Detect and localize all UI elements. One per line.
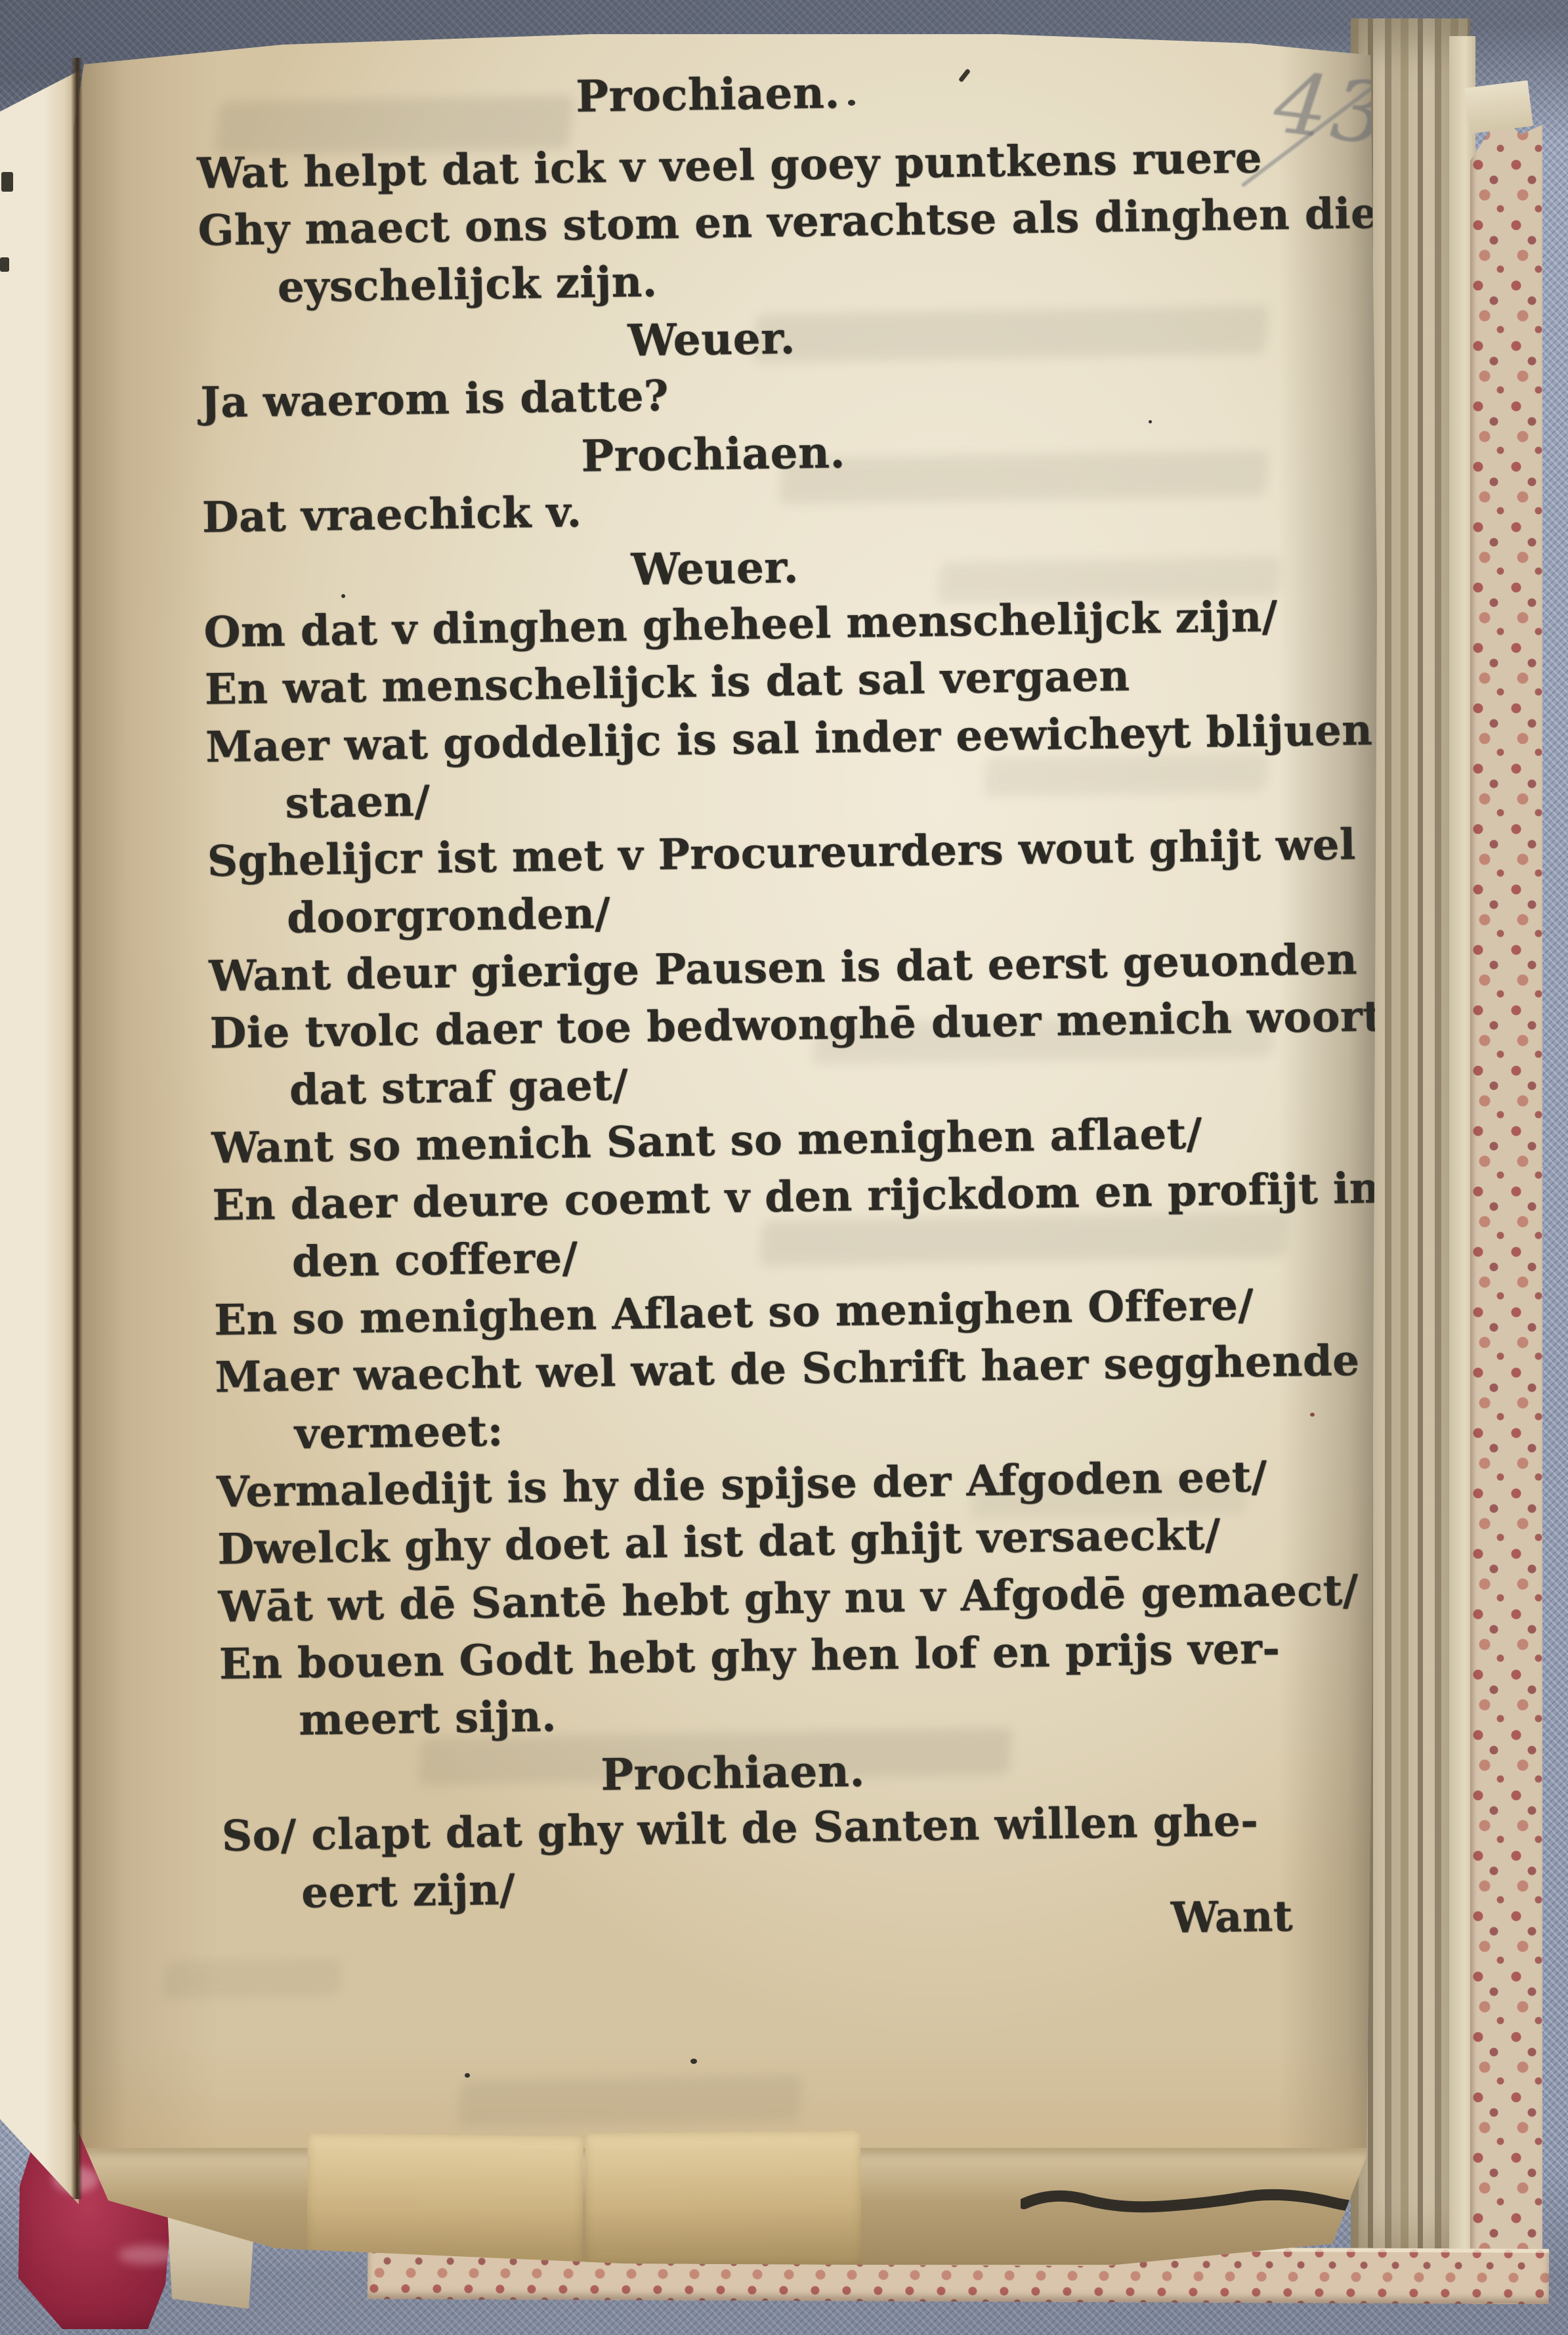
text-line: Wāt wt dē Santē hebt ghy nu v Afgodē gem… <box>218 1570 1359 1629</box>
text-line: En so menighen Aflaet so menighen Offere… <box>214 1284 1254 1341</box>
text-line: Want deur gierige Pausen is dat eerst ge… <box>209 939 1357 998</box>
text-line: Dat vraechick v. <box>202 492 582 540</box>
text-line: Want so menich Sant so menighen aflaet/ <box>211 1113 1202 1170</box>
text-line: eert zijn/ <box>301 1869 516 1914</box>
text-line: Vermaledijt is hy die spijse der Afgoden… <box>217 1456 1267 1514</box>
tape-repair <box>585 2131 862 2268</box>
text-line: En wat menschelijck is dat sal vergaen <box>204 655 1130 711</box>
text-line: staen/ <box>285 781 431 825</box>
ink-speck <box>848 100 855 106</box>
text-line: Maer waecht wel wat de Schrift haer segg… <box>215 1340 1360 1399</box>
text-line: So/ clapt dat ghy wilt de Santen willen … <box>221 1801 1258 1858</box>
ink-speck <box>341 594 345 598</box>
text-line: Want <box>1010 1896 1293 1942</box>
text-line: Dwelck ghy doet al ist dat ghijt versaec… <box>217 1514 1221 1572</box>
ink-speck <box>1 172 13 192</box>
text-line: Ghy maect ons stom en verachtse als ding… <box>198 193 1378 253</box>
page-text: Prochiaen.Wat helpt dat ick v veel goey … <box>0 0 1568 2335</box>
ink-speck <box>1149 420 1152 423</box>
tape-repair <box>307 2133 583 2271</box>
text-line: En daer deure coemt v den rijckdom en pr… <box>212 1167 1398 1227</box>
ink-speck <box>0 257 9 272</box>
text-line: den coffere/ <box>291 1237 578 1283</box>
text-line: doorgronden/ <box>287 892 611 939</box>
book-page: Prochiaen.Wat helpt dat ick v veel goey … <box>0 0 1568 2335</box>
ink-speck <box>690 2059 697 2064</box>
text-line: Wat helpt dat ick v veel goey puntkens r… <box>197 137 1263 195</box>
photo-of-open-book-page: Prochiaen.Wat helpt dat ick v veel goey … <box>0 0 1568 2335</box>
ink-speck <box>1310 1413 1315 1417</box>
text-line: Prochiaen. <box>201 425 1225 483</box>
text-line: Die tvolc daer toe bedwonghē duer menich… <box>209 996 1382 1055</box>
ink-speck <box>543 982 549 987</box>
marbled-cover-edge <box>1470 98 1542 2304</box>
text-line: vermeet: <box>294 1410 503 1455</box>
cover-scuff <box>118 2245 177 2265</box>
text-line: eyschelijck zijn. <box>277 261 658 309</box>
gutter-crease <box>71 58 83 2199</box>
facing-page-edge <box>0 71 79 2204</box>
text-line: En bouen Godt hebt ghy hen lof en prijs … <box>219 1628 1280 1686</box>
text-line: Prochiaen. <box>196 65 1220 123</box>
text-line: Maer wat goddelijc is sal inder eewichey… <box>205 709 1373 768</box>
text-line: Prochiaen. <box>221 1744 1245 1802</box>
text-line: dat straf gaet/ <box>289 1064 628 1111</box>
torn-paper-tab <box>1465 80 1533 133</box>
text-line: Sghelijcr ist met v Procureurders wout g… <box>207 824 1356 883</box>
text-line: Weuer. <box>203 539 1227 597</box>
text-line: meert sijn. <box>299 1696 557 1742</box>
text-line: Ja waerom is datte? <box>200 375 669 425</box>
ink-speck <box>465 2073 470 2078</box>
text-line: Om dat v dinghen gheheel menschelijck zi… <box>203 596 1278 654</box>
text-line: Weuer. <box>200 310 1224 368</box>
